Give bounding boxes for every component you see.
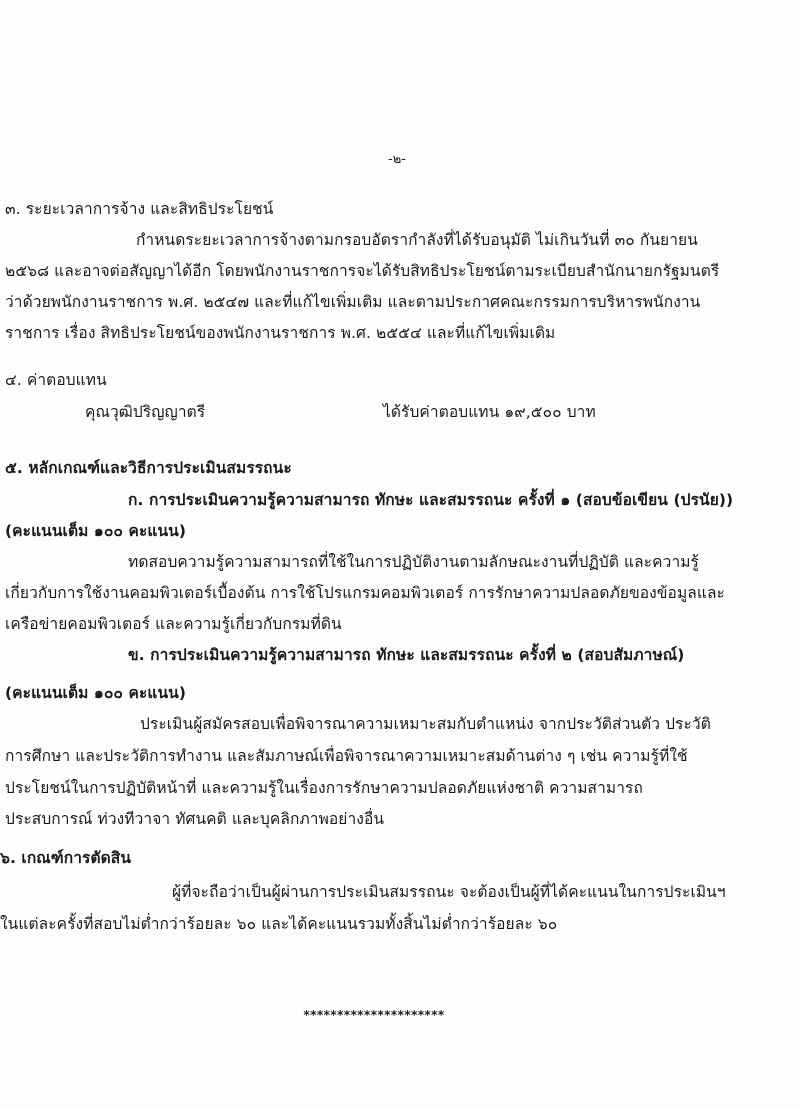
section5-part-b-line-3: ประโยชน์ในการปฏิบัติหน้าที่ และความรู้ใน… [5,778,643,798]
section3-line-3: ว่าด้วยพนักงานราชการ พ.ศ. ๒๕๔๗ และที่แก้… [5,292,700,312]
end-marker: ********************* [303,1008,444,1022]
section5-part-a-line-1: ทดสอบความรู้ความสามารถที่ใช้ในการปฏิบัติ… [128,552,699,572]
section3-line-4: ราชการ เรื่อง สิทธิประโยชน์ของพนักงานราช… [5,323,555,343]
section3-line-2: ๒๕๖๘ และอาจต่อสัญญาได้อีก โดยพนักงานราชก… [5,261,719,281]
section4-heading: ๔. ค่าตอบแทน [5,370,107,390]
section3-heading: ๓. ระยะเวลาการจ้าง และสิทธิประโยชน์ [5,199,273,219]
section5-part-a-line-2: เกี่ยวกับการใช้งานคอมพิวเตอร์เบื้องต้น ก… [5,583,725,603]
section5-part-a-title: ก. การประเมินความรู้ความสามารถ ทักษะ และ… [128,490,733,510]
section5-part-b-line-4: ประสบการณ์ ท่วงทีวาจา ทัศนคติ และบุคลิกภ… [5,809,384,829]
compensation-amount: ได้รับค่าตอบแทน ๑๙,๕๐๐ บาท [383,402,596,422]
section3-line-1: กำหนดระยะเวลาการจ้างตามกรอบอัตรากำลังที่… [136,230,698,250]
section5-part-b-line-2: การศึกษา และประวัติการทำงาน และสัมภาษณ์เ… [5,746,688,766]
section5-part-b-score: (คะแนนเต็ม ๑๐๐ คะแนน) [5,683,186,703]
section6-line-2: ในแต่ละครั้งที่สอบไม่ต่ำกว่าร้อยละ ๖๐ แล… [0,914,557,934]
document-page: -๒- ๓. ระยะเวลาการจ้าง และสิทธิประโยชน์ … [0,0,800,1109]
section5-part-b-title: ข. การประเมินความรู้ความสามารถ ทักษะ และ… [128,645,684,665]
section6-heading: ๖. เกณฑ์การตัดสิน [0,848,131,868]
section5-part-a-line-3: เครือข่ายคอมพิวเตอร์ และความรู้เกี่ยวกับ… [5,614,342,634]
section5-heading: ๕. หลักเกณฑ์และวิธีการประเมินสมรรถนะ [5,458,292,478]
page-number: -๒- [388,148,406,169]
qualification-label: คุณวุฒิปริญญาตรี [85,402,205,422]
section5-part-a-score: (คะแนนเต็ม ๑๐๐ คะแนน) [5,521,186,541]
section5-part-b-line-1: ประเมินผู้สมัครสอบเพื่อพิจารณาความเหมาะส… [140,714,711,734]
section6-line-1: ผู้ที่จะถือว่าเป็นผู้ผ่านการประเมินสมรรถ… [172,882,726,902]
